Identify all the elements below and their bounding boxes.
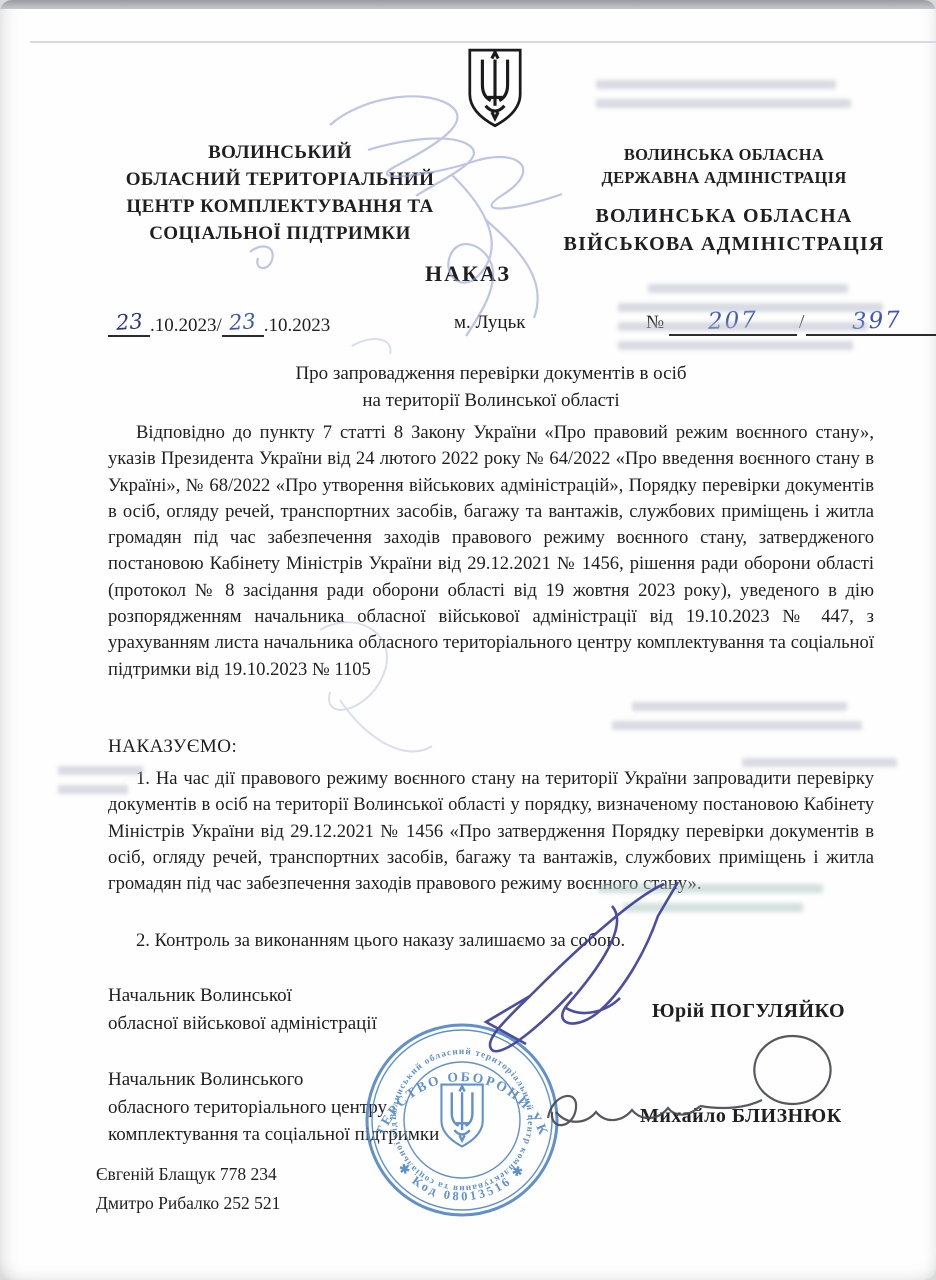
doc-title: Про запровадження перевірки документів в… (108, 360, 874, 414)
doc-dates: 23.10.2023/23.10.2023 (108, 312, 330, 339)
signature-2-name: Михайло БЛИЗНЮК (640, 1105, 842, 1128)
signature-1-position-line: Начальник Волинської (108, 982, 377, 1010)
org-left-name: ВОЛИНСЬКИЙ ОБЛАСНИЙ ТЕРИТОРІАЛЬНИЙ ЦЕНТР… (84, 139, 476, 247)
org-left-line: ОБЛАСНИЙ ТЕРИТОРІАЛЬНИЙ (84, 166, 476, 193)
signature-1-name: Юрій ПОГУЛЯЙКО (652, 1000, 845, 1023)
signature-1-position-line: обласної військової адміністрації (108, 1010, 377, 1038)
bleedthrough-text-mark (596, 80, 846, 118)
handwritten-date-1: 23 (115, 309, 143, 335)
handwritten-date-2: 23 (229, 309, 257, 335)
org-left-line: ЦЕНТР КОМПЛЕКТУВАННЯ ТА (84, 193, 476, 220)
org-right-top-line: ВОЛИНСЬКА ОБЛАСНА (538, 143, 910, 166)
contact-line: Дмитро Рибалко 252 521 (96, 1189, 280, 1218)
contact-block: Євгеній Блащук 778 234 Дмитро Рибалко 25… (96, 1160, 280, 1218)
org-right-bottom-line: ВІЙСЬКОВА АДМІНІСТРАЦІЯ (538, 230, 910, 258)
order-word: НАКАЗУЄМО: (108, 736, 237, 758)
printed-date-1: .10.2023/ (150, 315, 222, 336)
org-left-line: СОЦІАЛЬНОЇ ПІДТРИМКИ (84, 220, 476, 247)
document-page: ВОЛИНСЬКИЙ ОБЛАСНИЙ ТЕРИТОРІАЛЬНИЙ ЦЕНТР… (0, 0, 936, 1280)
org-right-top-line: ДЕРЖАВНА АДМІНІСТРАЦІЯ (538, 166, 910, 189)
doc-city: м. Луцьк (454, 312, 526, 334)
signature-1-position: Начальник Волинської обласної військової… (108, 982, 377, 1037)
order-item-1: 1. На час дії правового режиму воєнного … (108, 766, 874, 897)
preamble-paragraph: Відповідно до пункту 7 статті 8 Закону У… (108, 420, 874, 683)
org-right-bottom-line: ВОЛИНСЬКА ОБЛАСНА (538, 202, 910, 230)
doc-title-line: на території Волинської області (108, 387, 874, 414)
org-right-name: ВОЛИНСЬКА ОБЛАСНА ДЕРЖАВНА АДМІНІСТРАЦІЯ… (538, 143, 910, 258)
trident-emblem-icon (465, 47, 525, 131)
contact-line: Євгеній Блащук 778 234 (96, 1160, 280, 1189)
org-left-line: ВОЛИНСЬКИЙ (84, 139, 476, 166)
paper-edge-line (30, 41, 936, 43)
printed-date-2: .10.2023 (264, 315, 331, 336)
bleedthrough-text-mark (598, 884, 838, 922)
official-round-stamp: МІНІСТЕРСТВО ОБОРОНИ УКРАЇНИ ✱ Код 08013… (350, 1008, 574, 1232)
bleedthrough-text-mark (612, 702, 872, 740)
photo-edge-top (0, 0, 936, 9)
order-item-2: 2. Контроль за виконанням цього наказу з… (108, 928, 874, 954)
bleedthrough-text-mark (58, 766, 148, 804)
doc-title-line: Про запровадження перевірки документів в… (108, 360, 874, 387)
bleedthrough-text-mark (742, 758, 902, 777)
bleedthrough-text-mark (618, 284, 898, 360)
